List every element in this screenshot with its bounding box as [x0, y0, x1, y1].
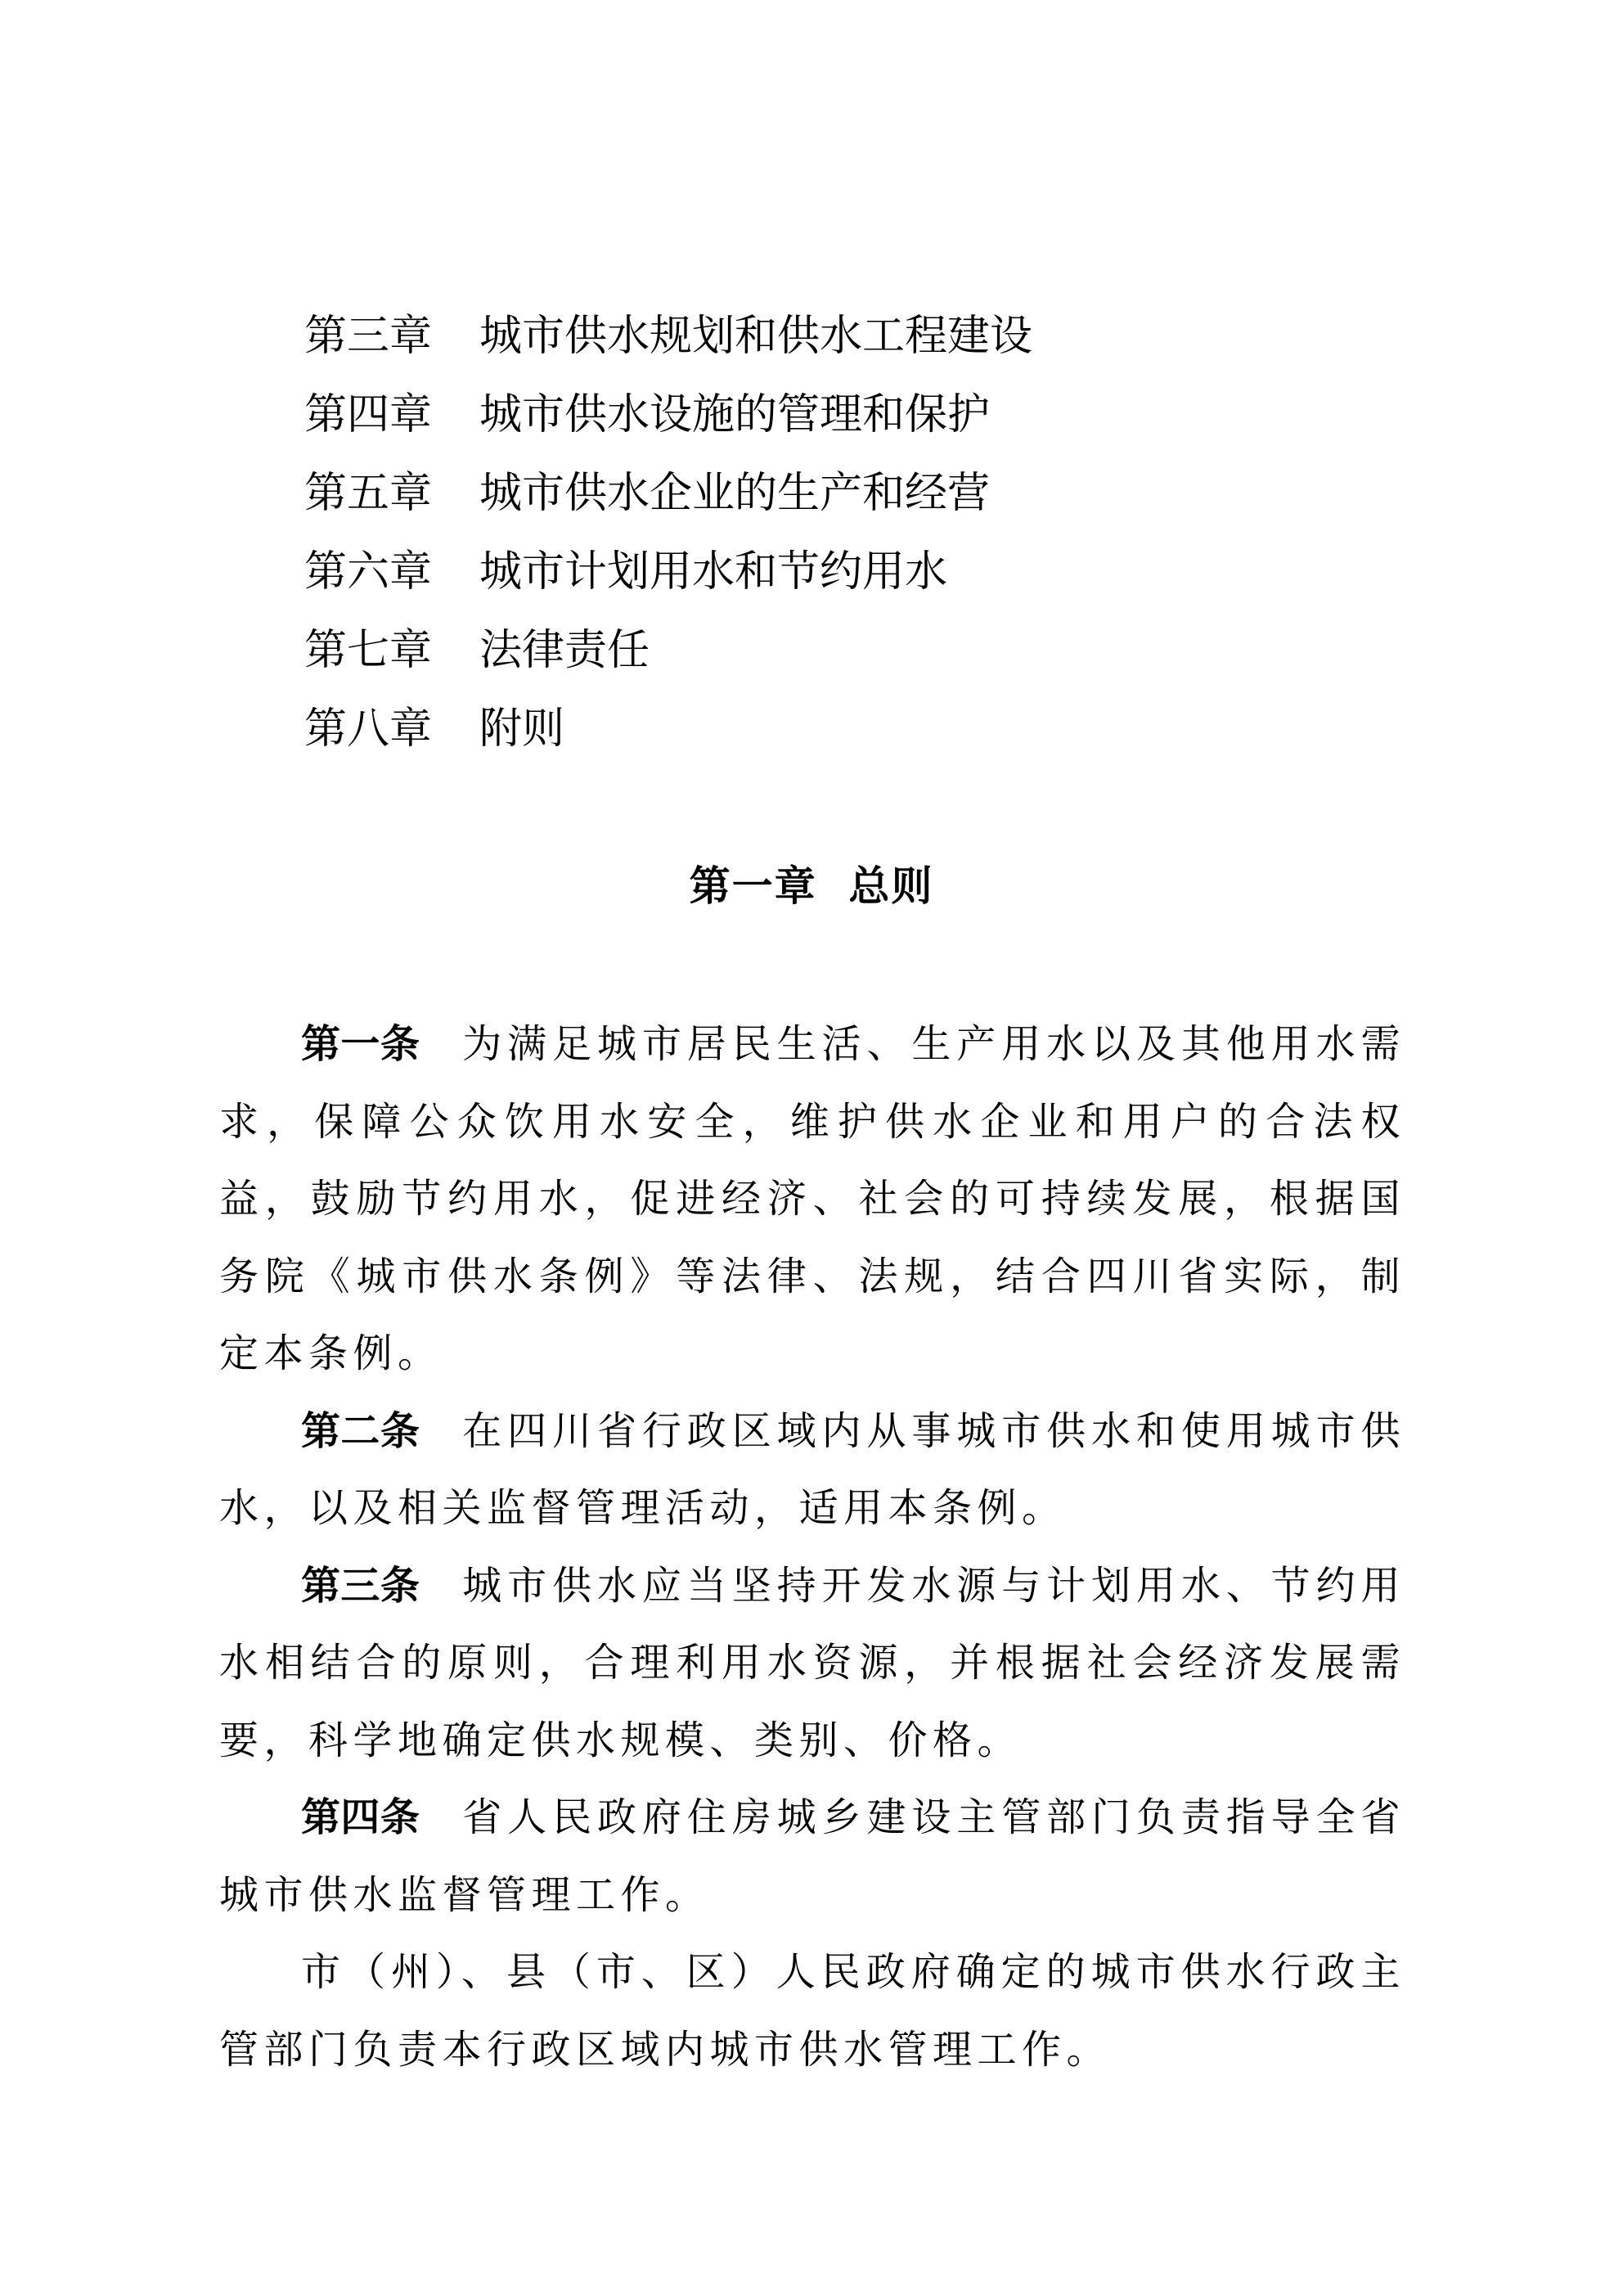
document-page: 第三章 城市供水规划和供水工程建设 第四章 城市供水设施的管理和保护 第五章 城… [0, 0, 1623, 2296]
toc-chapter-title: 城市供水规划和供水工程建设 [479, 308, 1032, 386]
toc-chapter-title: 法律责任 [479, 622, 650, 700]
toc-chapter-title: 城市供水企业的生产和经营 [479, 465, 990, 543]
toc-chapter-title: 附则 [479, 700, 564, 779]
toc-chapter-number: 第七章 [304, 622, 479, 700]
article-paragraph: 第三条城市供水应当坚持开发水源与计划用水、节约用水相结合的原则，合理利用水资源，… [219, 1547, 1405, 1780]
article-text: 为满足城市居民生活、生产用水以及其他用水需求，保障公众饮用水安全，维护供水企业和… [219, 1021, 1405, 1376]
toc-item: 第七章 法律责任 [304, 622, 1032, 700]
chapter-heading: 第一章 总则 [0, 858, 1623, 915]
article-paragraph: 市（州）、县（市、区）人民政府确定的城市供水行政主管部门负责本行政区域内城市供水… [219, 1934, 1405, 2088]
toc-item: 第四章 城市供水设施的管理和保护 [304, 386, 1032, 465]
toc-chapter-number: 第六章 [304, 543, 479, 622]
article-label: 第四条 [301, 1794, 420, 1840]
toc-chapter-number: 第五章 [304, 465, 479, 543]
toc-chapter-title: 城市计划用水和节约用水 [479, 543, 947, 622]
toc-item: 第八章 附则 [304, 700, 1032, 779]
table-of-contents: 第三章 城市供水规划和供水工程建设 第四章 城市供水设施的管理和保护 第五章 城… [304, 308, 1032, 779]
article-label: 第三条 [301, 1563, 420, 1609]
article-label: 第二条 [301, 1408, 420, 1454]
article-text: 市（州）、县（市、区）人民政府确定的城市供水行政主管部门负责本行政区域内城市供水… [219, 1949, 1405, 2073]
toc-chapter-number: 第三章 [304, 308, 479, 386]
toc-item: 第三章 城市供水规划和供水工程建设 [304, 308, 1032, 386]
article-paragraph: 第四条省人民政府住房城乡建设主管部门负责指导全省城市供水监督管理工作。 [219, 1779, 1405, 1934]
article-paragraph: 第二条在四川省行政区域内从事城市供水和使用城市供水，以及相关监督管理活动，适用本… [219, 1393, 1405, 1547]
toc-item: 第六章 城市计划用水和节约用水 [304, 543, 1032, 622]
article-paragraph: 第一条为满足城市居民生活、生产用水以及其他用水需求，保障公众饮用水安全，维护供水… [219, 1006, 1405, 1393]
article-label: 第一条 [301, 1021, 420, 1067]
toc-item: 第五章 城市供水企业的生产和经营 [304, 465, 1032, 543]
toc-chapter-number: 第八章 [304, 700, 479, 779]
toc-chapter-title: 城市供水设施的管理和保护 [479, 386, 990, 465]
toc-chapter-number: 第四章 [304, 386, 479, 465]
chapter-body: 第一条为满足城市居民生活、生产用水以及其他用水需求，保障公众饮用水安全，维护供水… [219, 1006, 1405, 2088]
